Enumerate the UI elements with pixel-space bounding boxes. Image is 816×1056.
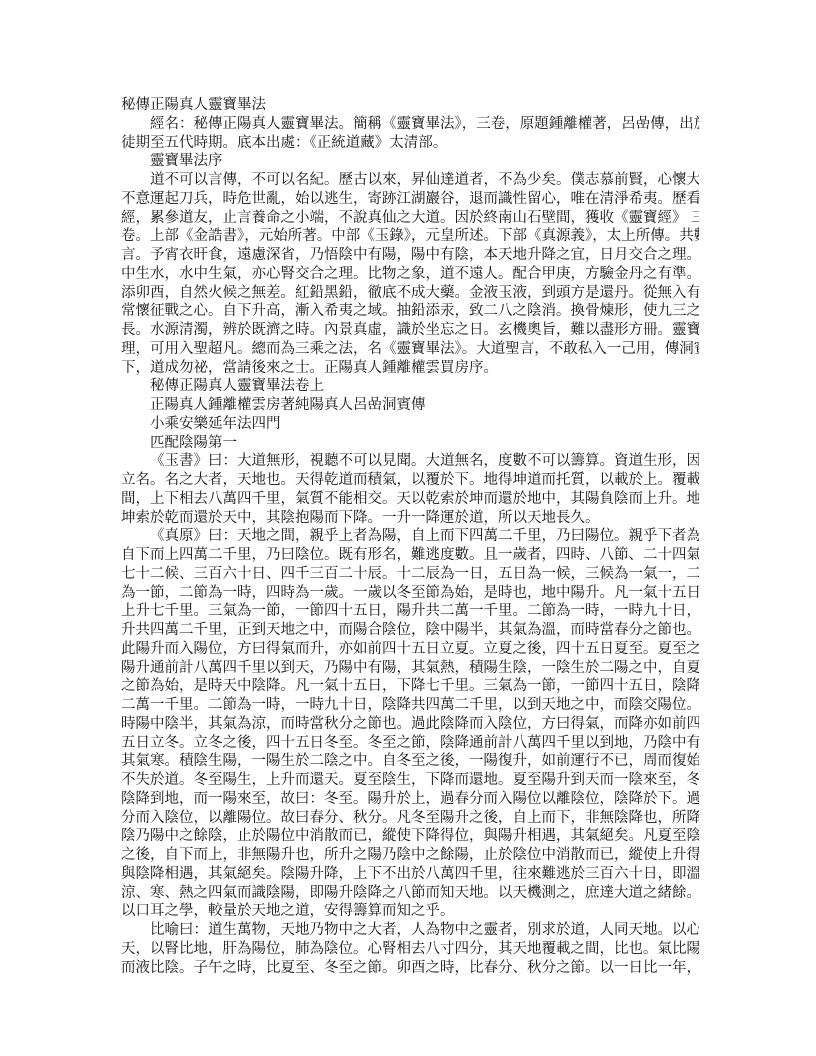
- text-line: 道不可以言傳，不可以名紀。歷古以來，昇仙達道者，不為少矣。僕志慕前賢，心懷大道，: [121, 171, 699, 190]
- text-line: 立名。名之大者，天地也。天得乾道而積氣，以覆於下。地得坤道而托質，以載於上。覆載…: [121, 471, 699, 490]
- text-line: 之節為始，是時天中陰降。凡一氣十五日，下降七千里。三氣為一節，一節四十五日，陰降…: [121, 677, 699, 696]
- text-line: 下，道成勿祕，當請後來之士。正陽真人鍾離權雲買房序。: [121, 359, 699, 378]
- text-line: 言。予宵衣旰食，遠慮深省，乃悟陰中有陽，陽中有陰，本天地升降之宜，日月交合之理。…: [121, 246, 699, 265]
- text-line: 七十二候、三百六十日、四千三百二十辰。十二辰為一日，五日為一候，三候為一氣一，二…: [121, 565, 699, 584]
- text-line: 其氣寒。積陰生陽，一陽生於二陰之中。自冬至之後，一陽復升，如前運行不已，周而復始…: [121, 752, 699, 771]
- text-line: 不意運起刀兵，時危世亂，始以逃生，寄跡江湖巖谷，退而識性留心，唯在清淨希夷。歷看…: [121, 190, 699, 209]
- text-line: 之後，自下而上，非無陽升也，所升之陽乃陰中之餘陽，止於陰位中消散而已，縱使上升得…: [121, 846, 699, 865]
- text-line: 自下而上四萬二千里，乃曰陰位。既有形名，難逃度數。且一歲者，四時、八節、二十四氣…: [121, 546, 699, 565]
- text-line: 徒期至五代時期。底本出處：《正統道藏》太清部。: [121, 134, 699, 153]
- section-heading: 小乘安樂延年法四門: [121, 415, 699, 434]
- text-line: 比喻曰：道生萬物，天地乃物中之大者，人為物中之靈者，別求於道，人同天地。以心比: [121, 921, 699, 940]
- preface-heading: 靈寶畢法序: [121, 152, 699, 171]
- text-line: 陰乃陽中之餘陰，止於陽位中消散而已，縱使下降得位，與陽升相遇，其氣絕矣。凡夏至陰…: [121, 827, 699, 846]
- text-line: 經，累參道友，止言養命之小端，不說真仙之大道。因於終南山石壁間，獲收《靈寶經》 …: [121, 209, 699, 228]
- text-line: 分而入陰位，以離陽位。故曰春分、秋分。凡冬至陽升之後，自上而下，非無陰降也，所降…: [121, 809, 699, 828]
- text-line: 《玉書》曰：大道無形，視聽不可以見聞。大道無名，度數不可以籌算。資道生形，因形: [121, 452, 699, 471]
- text-line: 不失於道。冬至陽生，上升而還天。夏至陰生，下降而還地。夏至陽升到天而一陰來至，冬…: [121, 771, 699, 790]
- text-line: 間，上下相去八萬四千里，氣質不能相交。天以乾索於坤而還於地中，其陽負陰而上升。地…: [121, 490, 699, 509]
- text-line: 中生水，水中生氣，亦心腎交合之理。比物之象，道不遠人。配合甲庚，方驗金丹之有準。…: [121, 265, 699, 284]
- volume-heading: 秘傳正陽真人靈寶畢法卷上: [121, 377, 699, 396]
- authors-line: 正陽真人鍾離權雲房著純陽真人呂嵒洞賓傳: [121, 396, 699, 415]
- text-line: 陰降到地，而一陽來至，故曰：冬至。陽升於上，過春分而入陽位以離陰位，陰降於下。過…: [121, 790, 699, 809]
- text-line: 經名：秘傳正陽真人靈寶畢法。簡稱《靈寶畢法》，三卷，原題鍾離權著，呂嵒傳，出於唐: [121, 115, 699, 134]
- text-line: 長。水源清濁，辨於既濟之時。內景真虛，識於坐忘之日。玄機奧旨，難以盡形方冊。靈寶…: [121, 321, 699, 340]
- text-line: 坤索於乾而還於天中，其陰抱陽而下降。一升一降運於道，所以天地長久。: [121, 509, 699, 528]
- text-line: 上升七千里。三氣為一節，一節四十五日，陽升共二萬一千里。二節為一時，一時九十日，…: [121, 602, 699, 621]
- text-line: 陽升通前計八萬四千里以到天，乃陽中有陽，其氣熱，積陽生陰，一陰生於二陽之中，自夏…: [121, 659, 699, 678]
- yushu-paragraph: 《玉書》曰：大道無形，視聽不可以見聞。大道無名，度數不可以籌算。資道生形，因形 …: [121, 452, 699, 527]
- text-line: 為一節，二節為一時，四時為一歲。一歲以冬至節為始，是時也，地中陽升。凡一氣十五日…: [121, 584, 699, 603]
- preface-paragraph: 道不可以言傳，不可以名紀。歷古以來，昇仙達道者，不為少矣。僕志慕前賢，心懷大道，…: [121, 171, 699, 377]
- text-line: 此陽升而入陽位，方曰得氣而升，亦如前四十五日立夏。立夏之後，四十五日夏至。夏至之…: [121, 640, 699, 659]
- text-line: 常懷征戰之心。自下升高，漸入希夷之域。抽鉛添汞，致二八之陰消。換骨煉形，使九三之…: [121, 302, 699, 321]
- text-line: 二萬一千里。二節為一時，一時九十日，陰降共四萬二千里，以到天地之中，而陰交陽位。…: [121, 696, 699, 715]
- document-page: 秘傳正陽真人靈寶畢法 經名：秘傳正陽真人靈寶畢法。簡稱《靈寶畢法》，三卷，原題鍾…: [121, 96, 699, 977]
- text-line: 天，以腎比地，肝為陽位，肺為陰位。心腎相去八寸四分，其天地覆載之間，比也。氣比陽…: [121, 940, 699, 959]
- text-line: 時陽中陰半，其氣為涼，而時當秋分之節也。過此陰降而入陰位，方曰得氣，而降亦如前四…: [121, 715, 699, 734]
- scripture-info: 經名：秘傳正陽真人靈寶畢法。簡稱《靈寶畢法》，三卷，原題鍾離權著，呂嵒傳，出於唐…: [121, 115, 699, 153]
- biyu-paragraph: 比喻曰：道生萬物，天地乃物中之大者，人為物中之靈者，別求於道，人同天地。以心比 …: [121, 921, 699, 977]
- text-line: 卷。上部《金誥書》，元始所著。中部《玉錄》，元皇所述。下部《真源義》，太上所傳。…: [121, 227, 699, 246]
- text-line: 《真原》曰：天地之間，親乎上者為陽，自上而下四萬二千里，乃曰陽位。親乎下者為陰，: [121, 527, 699, 546]
- text-line: 涼、寒、熱之四氣而識陰陽，即陽升陰降之八節而知天地。以天機測之，庶達大道之緒餘。…: [121, 884, 699, 903]
- document-title: 秘傳正陽真人靈寶畢法: [121, 96, 699, 115]
- text-line: 添卯酉，自然火候之無差。紅鉛黑鉛，徹底不成大藥。金液玉液，到頭方是還丹。從無入有…: [121, 284, 699, 303]
- chapter-heading: 匹配陰陽第一: [121, 434, 699, 453]
- text-line: 五日立冬。立冬之後，四十五日冬至。冬至之節，陰降通前計八萬四千里以到地，乃陰中有…: [121, 734, 699, 753]
- text-line: 以口耳之學，較量於天地之道，安得籌算而知之乎。: [121, 902, 699, 921]
- text-line: 與陰降相遇，其氣絕矣。陰陽升降，上下不出於八萬四千里，往來難逃於三百六十日，即溫…: [121, 865, 699, 884]
- text-line: 理，可用入聖超凡。總而為三乘之法，名《靈寶畢法》。大道聖言，不敢私入一己用，傳洞…: [121, 340, 699, 359]
- text-line: 升共四萬二千里，正到天地之中，而陽合陰位，陰中陽半，其氣為溫，而時當春分之節也。…: [121, 621, 699, 640]
- zhenyuan-paragraph: 《真原》曰：天地之間，親乎上者為陽，自上而下四萬二千里，乃曰陽位。親乎下者為陰，…: [121, 527, 699, 921]
- text-line: 而液比陰。子午之時，比夏至、冬至之節。卯酉之時，比春分、秋分之節。以一日比一年，…: [121, 959, 699, 978]
